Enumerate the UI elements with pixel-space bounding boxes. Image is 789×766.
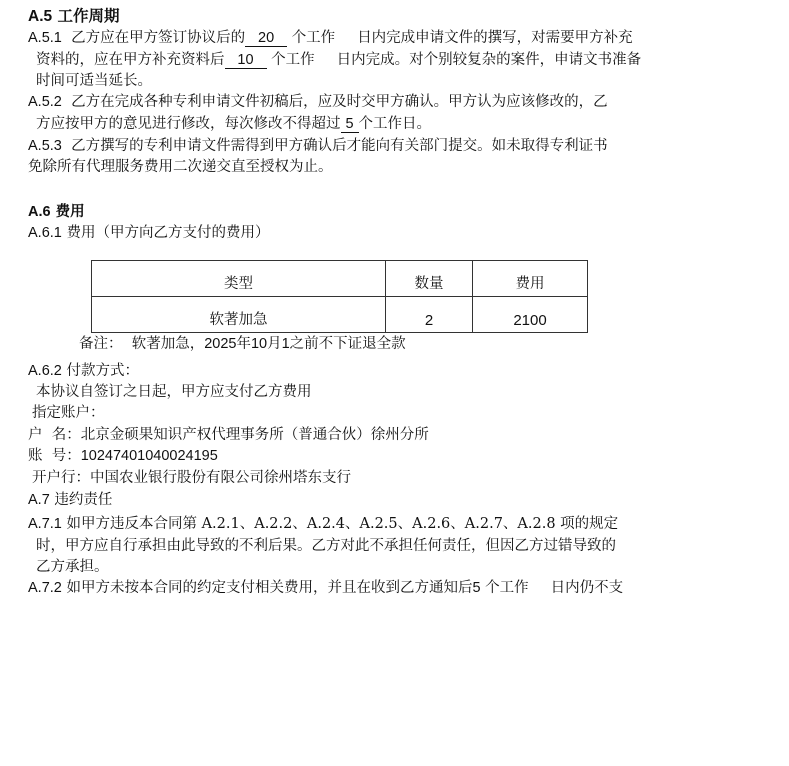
bank-name: 中国农业银行股份有限公司徐州塔东支行	[90, 470, 351, 486]
section-title: 费用	[56, 203, 85, 220]
clause-text: 个工作日。	[359, 116, 432, 132]
blank-days-5: 5	[341, 116, 359, 133]
clause-text: 乙方应在甲方签订协议后的	[71, 30, 245, 46]
clause-a51-line2: 资料的，应在甲方补充资料后10 个工作日内完成。对个别较复杂的案件，申请文书准备	[36, 50, 641, 70]
clause-text: 乙方在完成各种专利申请文件初稿后，应及时交甲方确认。甲方认为应该修改的，乙	[71, 94, 608, 110]
cell-quantity: 2	[386, 297, 473, 333]
fee-table: 类型 数量 费用 软著加急 2 2100	[91, 260, 588, 333]
clause-text: 个工作	[271, 52, 315, 68]
section-number: A.6	[28, 204, 51, 220]
clause-a71-line1: A.7.1 如甲方违反本合同第 A.2.1、A.2.2、A.2.4、A.2.5、…	[28, 514, 618, 534]
note-date: 2025年10月1之前不下证退全款	[204, 336, 405, 352]
clause-text: 费用（甲方向乙方支付的费用）	[66, 225, 269, 241]
section-title: 工作周期	[58, 6, 120, 25]
section-a6-heading: A.6 费用	[28, 202, 85, 222]
blank-days-10: 10	[225, 52, 267, 69]
header-quantity: 数量	[386, 261, 473, 297]
account-number-label: 账 号：	[28, 448, 81, 464]
note-text: 软著加急，	[132, 336, 205, 352]
note-label: 备注：	[79, 336, 123, 352]
clause-text: 个工作	[485, 580, 529, 596]
clause-number: A.7.1	[28, 516, 62, 532]
clause-text: 个工作	[292, 30, 336, 46]
section-title: 违约责任	[54, 492, 112, 508]
blank-days-20: 20	[245, 30, 287, 47]
clause-a51-line1: A.5.1 乙方应在甲方签订协议后的20 个工作日内完成申请文件的撰写，对需要甲…	[28, 28, 633, 48]
bank-label: 开户行：	[32, 470, 90, 486]
clause-number: A.6.1	[28, 225, 62, 241]
account-number-row: 账 号：10247401040024195	[28, 446, 218, 466]
clause-a72-line1: A.7.2 如甲方未按本合同的约定支付相关费用，并且在收到乙方通知后5 个工作日…	[28, 578, 623, 598]
clause-a51-line3: 时间可适当延长。	[36, 71, 152, 91]
clause-text: 方应按甲方的意见进行修改，每次修改不得超过	[36, 116, 341, 132]
clause-text: 日内完成。对个别较复杂的案件，申请文书准备	[337, 52, 642, 68]
header-fee: 费用	[473, 261, 588, 297]
clause-title: 付款方式：	[66, 363, 139, 379]
section-number: A.7	[28, 492, 50, 508]
clause-number: A.7.2	[28, 580, 62, 596]
cell-fee: 2100	[473, 297, 588, 333]
clause-a61: A.6.1 费用（甲方向乙方支付的费用）	[28, 223, 269, 243]
account-name: 北京金硕果知识产权代理事务所（普通合伙）徐州分所	[81, 427, 429, 443]
clause-number: A.5.1	[28, 30, 62, 46]
days-value: 5	[472, 580, 480, 596]
clause-a71-line2: 时，甲方应自行承担由此导致的不利后果。乙方对此不承担任何责任，但因乙方过错导致的	[36, 536, 616, 556]
clause-number: A.6.2	[28, 363, 62, 379]
clause-a53-line1: A.5.3 乙方撰写的专利申请文件需得到甲方确认后才能向有关部门提交。如未取得专…	[28, 136, 608, 156]
cell-type: 软著加急	[92, 297, 386, 333]
clause-a71-line3: 乙方承担。	[36, 557, 109, 577]
account-name-row: 户 名：北京金硕果知识产权代理事务所（普通合伙）徐州分所	[28, 425, 429, 445]
clause-a62-title: A.6.2 付款方式：	[28, 361, 139, 381]
section-a5-heading: A.5 工作周期	[28, 6, 120, 26]
account-number: 10247401040024195	[81, 448, 218, 464]
section-a7-heading: A.7 违约责任	[28, 490, 112, 510]
clause-text: 乙方撰写的专利申请文件需得到甲方确认后才能向有关部门提交。如未取得专利证书	[71, 138, 608, 154]
designated-account-label: 指定账户：	[32, 403, 105, 423]
bank-row: 开户行：中国农业银行股份有限公司徐州塔东支行	[32, 468, 351, 488]
payment-text: 本协议自签订之日起，甲方应支付乙方费用	[36, 382, 312, 402]
clause-text: 如甲方未按本合同的约定支付相关费用，并且在收到乙方通知后	[66, 580, 472, 596]
clause-text: 如甲方违反本合同第 A.2.1、A.2.2、A.2.4、A.2.5、A.2.6、…	[66, 516, 618, 532]
table-row: 软著加急 2 2100	[92, 297, 588, 333]
section-number: A.5	[28, 8, 52, 25]
clause-number: A.5.3	[28, 138, 62, 154]
clause-a52-line1: A.5.2 乙方在完成各种专利申请文件初稿后，应及时交甲方确认。甲方认为应该修改…	[28, 92, 608, 112]
header-type: 类型	[92, 261, 386, 297]
fee-note: 备注： 软著加急，2025年10月1之前不下证退全款	[79, 334, 406, 354]
clause-text: 日内完成申请文件的撰写，对需要甲方补充	[357, 30, 633, 46]
clause-text: 资料的，应在甲方补充资料后	[36, 52, 225, 68]
clause-text: 日内仍不支	[551, 580, 624, 596]
clause-a53-line2: 免除所有代理服务费用二次递交直至授权为止。	[28, 157, 333, 177]
clause-number: A.5.2	[28, 94, 62, 110]
account-name-label: 户 名：	[28, 427, 81, 443]
clause-a52-line2: 方应按甲方的意见进行修改，每次修改不得超过5个工作日。	[36, 114, 431, 134]
fee-table-header-row: 类型 数量 费用	[92, 261, 588, 297]
